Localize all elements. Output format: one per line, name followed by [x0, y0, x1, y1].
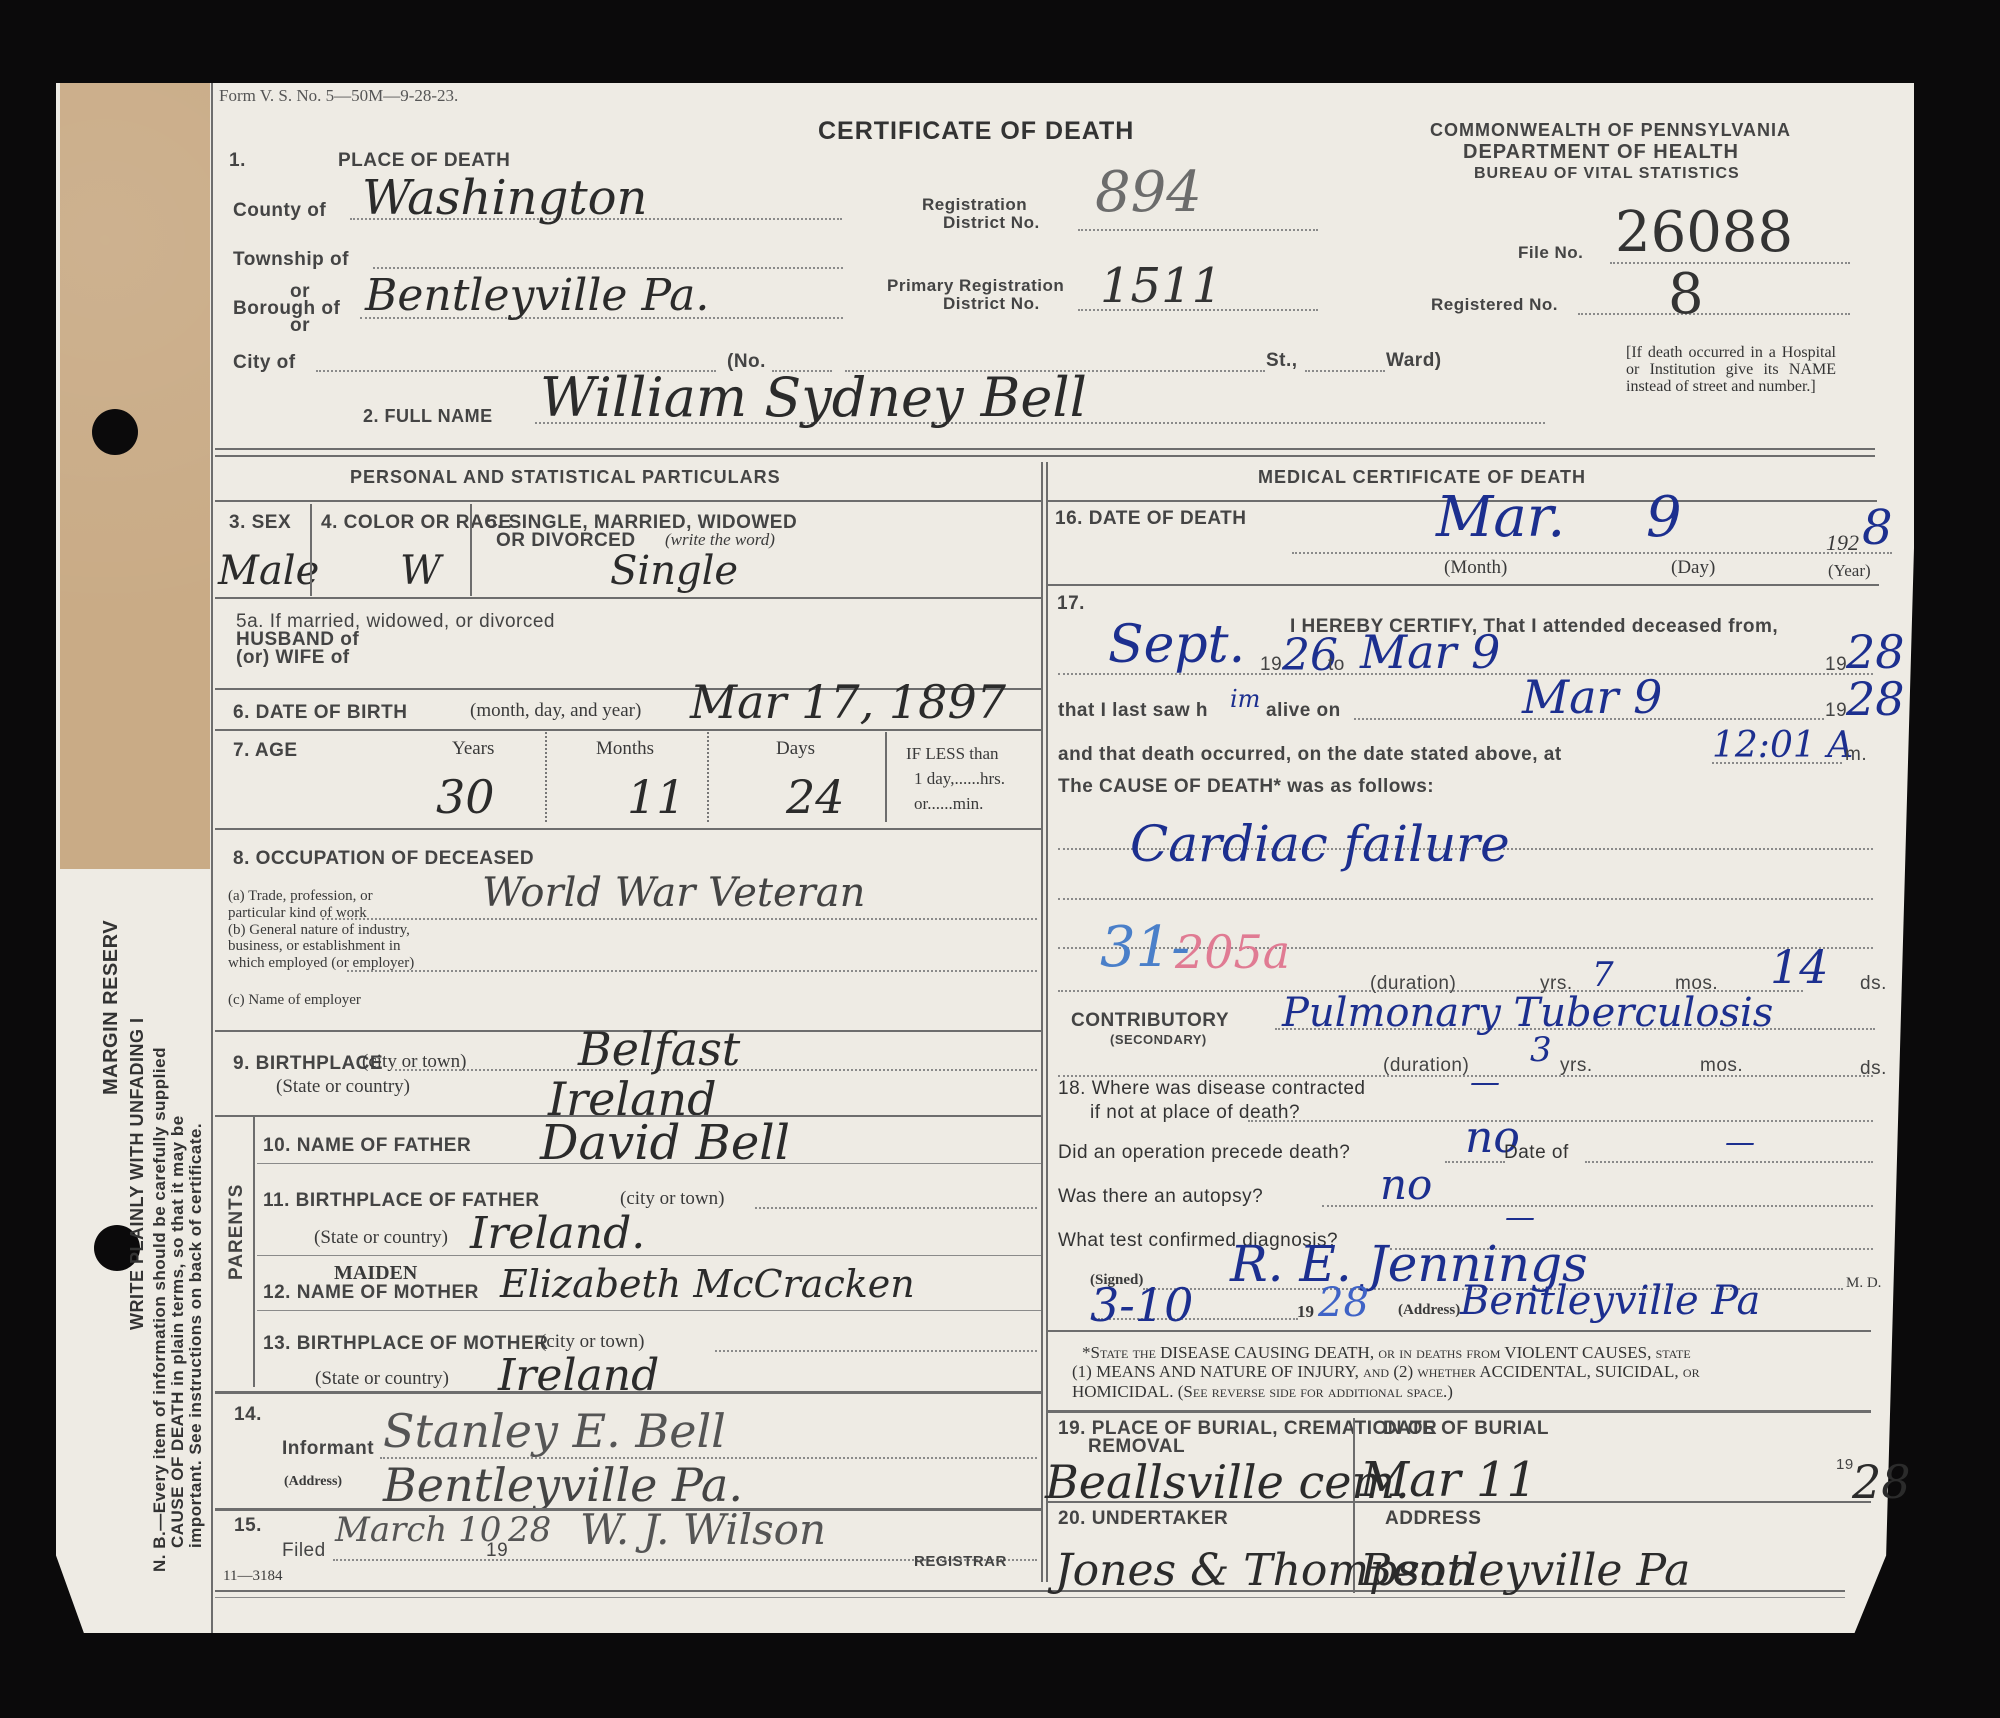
dod-line [1292, 552, 1892, 554]
spouse-label-3: (or) WIFE of [236, 647, 350, 669]
last-saw-pronoun-value[interactable]: im [1230, 685, 1260, 713]
form-number: Form V. S. No. 5—50M—9-28-23. [219, 86, 458, 106]
ward-line[interactable] [1305, 370, 1385, 372]
filed-year-value[interactable]: 28 [508, 1510, 551, 1550]
cause-value[interactable]: Cardiac failure [1130, 815, 1510, 873]
occ-a-line [322, 918, 1037, 920]
page-title: CERTIFICATE OF DEATH [818, 117, 1134, 146]
primary-label-1: Primary Registration [887, 276, 1064, 296]
mother-state-hint: (State or country) [315, 1368, 449, 1390]
duration-ds-value[interactable]: 14 [1770, 940, 1829, 994]
sign-date-value[interactable]: 3-10 [1090, 1278, 1193, 1332]
less-than-3: or......min. [914, 794, 983, 814]
borough-value[interactable]: Bentleyville Pa. [365, 270, 709, 321]
alive-on-label: alive on [1266, 700, 1341, 722]
date-of-value[interactable]: — [1725, 1125, 1755, 1160]
filed-date-value[interactable]: March 10 [335, 1510, 501, 1550]
agency-line-3: BUREAU OF VITAL STATISTICS [1474, 165, 1740, 183]
physician-address-value[interactable]: Bentleyville Pa [1460, 1278, 1760, 1324]
q18-line [1248, 1120, 1873, 1122]
race-value[interactable]: W [400, 548, 441, 594]
last-saw-year-value[interactable]: 28 [1846, 672, 1905, 726]
registered-no-label: Registered No. [1431, 295, 1558, 315]
footnote-line-3: HOMICIDAL. (See reverse side for additio… [1072, 1382, 1453, 1402]
occ-a-line1: (a) Trade, profession, or [228, 888, 373, 905]
tan-binding-strip [60, 83, 210, 869]
occ-b-line2: business, or establishment in [228, 938, 401, 955]
to-year-value[interactable]: 28 [1846, 625, 1905, 679]
dod-year-value[interactable]: 8 [1862, 500, 1893, 556]
md-label: M. D. [1846, 1275, 1881, 1292]
row-rule-3 [215, 597, 1041, 599]
full-name-label: 2. FULL NAME [363, 406, 493, 427]
township-line[interactable] [373, 267, 843, 269]
contributory-value[interactable]: Pulmonary Tuberculosis [1282, 990, 1773, 1036]
mother-value[interactable]: Elizabeth McCracken [500, 1262, 915, 1306]
margin-nb-line3: important. See instructions on back of c… [186, 1123, 206, 1548]
margin-reserved-text: MARGIN RESERV [100, 920, 123, 1095]
informant-address-label: (Address) [284, 1474, 342, 1490]
footnote-line-2: (1) MEANS AND NATURE OF INJURY, and (2) … [1072, 1362, 1700, 1382]
sex-label: 3. SEX [229, 512, 291, 534]
marital-value[interactable]: Single [610, 548, 738, 594]
age-divider-2 [707, 732, 709, 822]
registrar-label: REGISTRAR [914, 1553, 1007, 1570]
row-rule-7 [215, 828, 1041, 830]
sex-divider [310, 504, 312, 596]
district-line [1078, 229, 1318, 231]
header-rule-1 [215, 448, 1875, 450]
filed-label: Filed [282, 1540, 326, 1562]
physician-address-label: (Address) [1398, 1302, 1460, 1319]
personal-heading-rule [215, 500, 1041, 502]
contrib-mos-label: mos. [1700, 1055, 1743, 1077]
autopsy-label: Was there an autopsy? [1058, 1186, 1263, 1208]
city-label: City of [233, 352, 296, 374]
county-label: County of [233, 200, 326, 222]
district-label-2: District No. [943, 213, 1040, 233]
row-rule-signed [1047, 1330, 1871, 1332]
place-of-death-label: PLACE OF DEATH [338, 150, 510, 172]
sign-year-prefix: 19 [1297, 1302, 1314, 1322]
street-label: St., [1266, 350, 1298, 372]
margin-nb-line1: N. B.—Every item of information should b… [150, 1047, 170, 1572]
header-rule-2 [215, 455, 1875, 457]
hospital-note: [If death occurred in a Hospital or Inst… [1626, 344, 1836, 395]
burial-row-rule [1047, 1501, 1871, 1503]
row-rule-10 [257, 1163, 1041, 1164]
district-value[interactable]: 894 [1095, 160, 1202, 225]
margin-write-plainly: WRITE PLAINLY WITH UNFADING I [127, 1017, 148, 1330]
dod-label: 16. DATE OF DEATH [1055, 508, 1246, 530]
dod-year-prefix: 192 [1826, 530, 1859, 556]
cause-line-2 [1058, 898, 1873, 900]
less-than-1: IF LESS than [906, 744, 999, 764]
registrar-signature[interactable]: W. J. Wilson [580, 1505, 826, 1554]
secondary-label: (SECONDARY) [1110, 1032, 1207, 1047]
ds-label: ds. [1860, 973, 1887, 995]
contrib-yrs-value[interactable]: 3 [1530, 1030, 1552, 1070]
cause-code-red: 205a [1175, 925, 1290, 979]
operation-label: Did an operation precede death? [1058, 1142, 1350, 1164]
dod-month-value[interactable]: Mar. [1436, 485, 1565, 550]
occ-c-label: (c) Name of employer [228, 992, 361, 1009]
age-years-value[interactable]: 30 [436, 770, 495, 824]
borough-label: Borough of [233, 298, 340, 320]
birthplace-state-hint: (State or country) [276, 1076, 410, 1098]
father-state-hint: (State or country) [314, 1227, 448, 1249]
row-rule-12 [257, 1310, 1041, 1311]
form-bottom-code: 11—3184 [223, 1568, 282, 1585]
ward-label: Ward) [1386, 350, 1442, 372]
file-no-label: File No. [1518, 243, 1583, 263]
autopsy-value[interactable]: no [1380, 1160, 1432, 1209]
age-label: 7. AGE [233, 740, 298, 762]
dod-day-value[interactable]: 9 [1646, 485, 1682, 550]
cause-label: The CAUSE OF DEATH* was as follows: [1058, 776, 1434, 798]
age-divider-3 [885, 732, 887, 822]
registered-no-line [1578, 313, 1850, 315]
burial-date-label: DATE OF BURIAL [1383, 1418, 1549, 1440]
undertaker-address-label: ADDRESS [1385, 1508, 1481, 1530]
agency-line-2: DEPARTMENT OF HEALTH [1463, 141, 1739, 164]
duration-mos-value[interactable]: 7 [1592, 955, 1614, 995]
date-of-label: Date of [1504, 1142, 1569, 1164]
sex-value[interactable]: Male [218, 548, 319, 594]
punch-hole-top [92, 409, 138, 455]
date-of-line [1585, 1161, 1873, 1163]
marital-hint: (write the word) [665, 530, 775, 550]
district-label-1: Registration [922, 195, 1027, 215]
birthplace-label: 9. BIRTHPLACE [233, 1053, 383, 1075]
contrib-duration-label: (duration) [1383, 1055, 1469, 1077]
birthplace-city-value[interactable]: Belfast [578, 1022, 740, 1076]
left-border-line [211, 83, 213, 1633]
agency-line-1: COMMONWEALTH OF PENNSYLVANIA [1430, 120, 1791, 141]
race-divider [470, 504, 472, 596]
age-years-label: Years [452, 738, 494, 760]
row-rule-11 [257, 1255, 1041, 1256]
informant-address-value[interactable]: Bentleyville Pa. [383, 1458, 743, 1512]
to-year-prefix: 19 [1825, 654, 1847, 676]
township-label: Township of [233, 249, 349, 271]
last-saw-label: that I last saw h [1058, 700, 1208, 722]
from-year-prefix: 19 [1260, 654, 1282, 676]
sign-year-value[interactable]: 28 [1318, 1280, 1369, 1326]
section-1-number: 1. [229, 150, 246, 172]
informant-value[interactable]: Stanley E. Bell [383, 1404, 726, 1458]
burial-date-value[interactable]: Mar 11 [1360, 1452, 1537, 1508]
less-than-2: 1 day,......hrs. [914, 769, 1005, 789]
age-months-value[interactable]: 11 [627, 770, 686, 824]
attended-to-value[interactable]: Mar 9 [1360, 625, 1500, 679]
father-label: 10. NAME OF FATHER [263, 1135, 471, 1157]
full-name-value[interactable]: William Sydney Bell [540, 366, 1087, 429]
mother-city-line[interactable] [715, 1350, 1037, 1352]
or-2: or [290, 315, 310, 337]
dob-value[interactable]: Mar 17, 1897 [690, 675, 1006, 729]
occupation-label: 8. OCCUPATION OF DECEASED [233, 848, 534, 870]
margin-nb-line2: CAUSE OF DEATH in plain terms, so that i… [168, 1115, 188, 1548]
footnote-line-1: *State the DISEASE CAUSING DEATH, or in … [1082, 1343, 1691, 1363]
undertaker-address-value[interactable]: Bentleyville Pa [1360, 1545, 1690, 1596]
cert-number: 17. [1057, 593, 1085, 615]
burial-top-rule [1047, 1410, 1871, 1413]
attended-from-value[interactable]: Sept. [1108, 615, 1245, 675]
age-divider-1 [545, 732, 547, 822]
last-saw-year-prefix: 19 [1825, 700, 1847, 722]
mother-label: 12. NAME OF MOTHER [263, 1282, 479, 1304]
father-birthplace-value[interactable]: Ireland. [470, 1208, 645, 1259]
parents-divider [253, 1117, 255, 1387]
file-no-value[interactable]: 26088 [1615, 200, 1793, 265]
registered-no-value[interactable]: 8 [1668, 262, 1704, 327]
contrib-yrs-label: yrs. [1560, 1055, 1593, 1077]
undertaker-label: 20. UNDERTAKER [1058, 1508, 1228, 1530]
father-city-line[interactable] [755, 1207, 1037, 1209]
informant-label: Informant [282, 1438, 374, 1460]
death-occurred-label: and that death occurred, on the date sta… [1058, 744, 1562, 766]
row-rule-13 [215, 1391, 1041, 1394]
bottom-rule-2 [215, 1597, 1845, 1598]
dob-hint: (month, day, and year) [470, 700, 641, 722]
contributory-label: CONTRIBUTORY [1071, 1010, 1229, 1032]
primary-value[interactable]: 1511 [1100, 258, 1222, 314]
dob-label: 6. DATE OF BIRTH [233, 702, 407, 724]
q18-label-1: 18. Where was disease contracted [1058, 1078, 1366, 1100]
occupation-value[interactable]: World War Veteran [482, 870, 865, 916]
q18-value[interactable]: — [1470, 1065, 1500, 1100]
day-hint: (Day) [1671, 557, 1715, 579]
column-divider-1 [1041, 462, 1043, 1582]
last-saw-date-value[interactable]: Mar 9 [1522, 670, 1662, 724]
contrib-ds-label: ds. [1860, 1058, 1887, 1080]
to-label: to [1328, 654, 1345, 676]
occ-b-line[interactable] [347, 970, 1037, 972]
age-months-label: Months [596, 738, 654, 760]
race-label: 4. COLOR OR RACE [321, 512, 512, 534]
county-value[interactable]: Washington [362, 170, 647, 226]
age-days-label: Days [776, 738, 815, 760]
column-divider-2 [1046, 462, 1048, 1582]
year-hint: (Year) [1828, 561, 1871, 581]
filed-number: 15. [234, 1515, 262, 1537]
test-value[interactable]: — [1505, 1200, 1535, 1235]
age-days-value[interactable]: 24 [786, 770, 845, 824]
row-rule-6 [215, 729, 1041, 731]
month-hint: (Month) [1444, 557, 1507, 579]
filed-year-prefix: 19 [486, 1540, 508, 1562]
m-suffix: m. [1845, 744, 1867, 766]
occ-b-line1: (b) General nature of industry, [228, 922, 410, 939]
row-rule-16 [1047, 584, 1879, 586]
primary-label-2: District No. [943, 294, 1040, 314]
death-time-value[interactable]: 12:01 A [1712, 725, 1853, 766]
parents-label: PARENTS [226, 1184, 248, 1280]
father-birthplace-hint: (city or town) [620, 1188, 724, 1210]
informant-number: 14. [234, 1404, 262, 1426]
personal-heading: PERSONAL AND STATISTICAL PARTICULARS [350, 467, 781, 488]
